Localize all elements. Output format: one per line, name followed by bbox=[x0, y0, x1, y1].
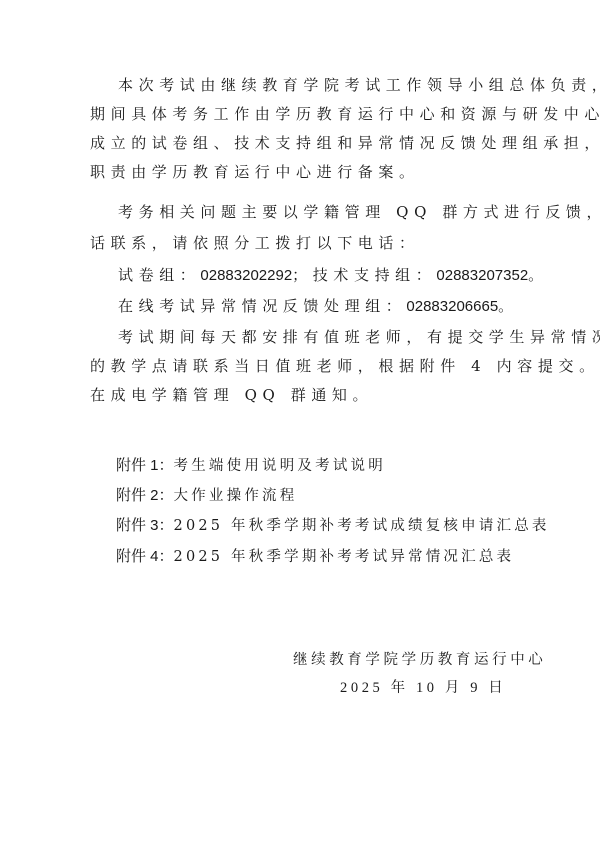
attachment-label: 附件 1： bbox=[116, 457, 174, 474]
attachment-label: 附件 3： bbox=[116, 517, 174, 534]
attachment-title: 2025 年秋季学期补考考试异常情况汇总表 bbox=[174, 549, 515, 565]
paragraph-1-line-3: 成立的试卷组、技术支持组和异常情况反馈处理组承担，成员和 bbox=[90, 133, 600, 153]
paragraph-1-line-1: 本次考试由继续教育学院考试工作领导小组总体负责，考试 bbox=[118, 75, 600, 95]
attachment-title: 2025 年秋季学期补考考试成绩复核申请汇总表 bbox=[174, 518, 550, 534]
paragraph-3-line-2: 的教学点请联系当日值班老师，根据附件 4 内容提交。具体安排 bbox=[90, 356, 600, 376]
phone-line-2: 在线考试异常情况反馈处理组：02883206665。 bbox=[118, 296, 519, 317]
tech-support-group-phone: 02883207352 bbox=[436, 267, 528, 284]
phone-line-1: 试卷组：02883202292；技术支持组：02883207352。 bbox=[118, 265, 549, 286]
attachment-1: 附件 1：考生端使用说明及考试说明 bbox=[116, 456, 386, 476]
paragraph-1-line-4: 职责由学历教育运行中心进行备案。 bbox=[90, 162, 420, 182]
period: 。 bbox=[498, 297, 519, 315]
attachment-2: 附件 2：大作业操作流程 bbox=[116, 486, 297, 506]
signature-org: 继续教育学院学历教育运行中心 bbox=[293, 650, 546, 670]
paragraph-2-line-1: 考务相关问题主要以学籍管理 QQ 群方式进行反馈，确需电 bbox=[118, 202, 600, 222]
attachment-title: 考生端使用说明及考试说明 bbox=[174, 458, 386, 474]
attachment-3: 附件 3：2025 年秋季学期补考考试成绩复核申请汇总表 bbox=[116, 516, 550, 536]
paragraph-1-line-2: 期间具体考务工作由学历教育运行中心和资源与研发中心共同 bbox=[90, 104, 600, 124]
separator: ； bbox=[292, 266, 313, 284]
attachment-label: 附件 2： bbox=[116, 487, 174, 504]
exam-paper-group-phone: 02883202292 bbox=[200, 267, 292, 284]
exam-paper-group-label: 试卷组： bbox=[118, 266, 200, 284]
paragraph-2-line-2: 话联系，请依照分工拨打以下电话： bbox=[90, 233, 420, 253]
attachment-title: 大作业操作流程 bbox=[174, 488, 298, 504]
period: 。 bbox=[528, 266, 549, 284]
attachment-4: 附件 4：2025 年秋季学期补考考试异常情况汇总表 bbox=[116, 547, 514, 567]
exception-group-phone: 02883206665 bbox=[406, 298, 498, 315]
attachment-label: 附件 4： bbox=[116, 548, 174, 565]
exception-group-label: 在线考试异常情况反馈处理组： bbox=[118, 297, 406, 315]
signature-date: 2025 年 10 月 9 日 bbox=[340, 678, 506, 698]
paragraph-3-line-1: 考试期间每天都安排有值班老师，有提交学生异常情况申诉 bbox=[118, 327, 600, 347]
paragraph-3-line-3: 在成电学籍管理 QQ 群通知。 bbox=[90, 385, 373, 405]
tech-support-group-label: 技术支持组： bbox=[313, 266, 437, 284]
